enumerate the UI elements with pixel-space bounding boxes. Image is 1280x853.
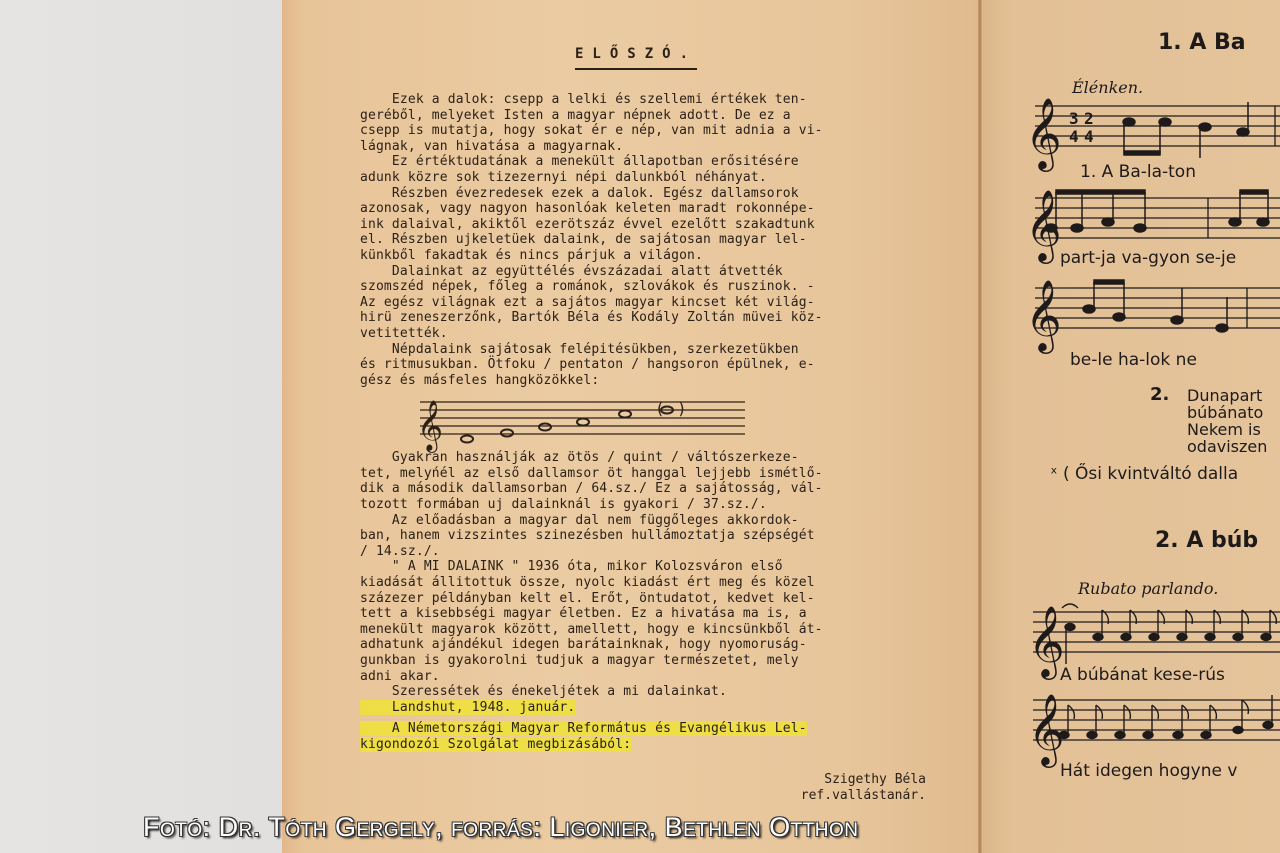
text-line: azonosak, vagy nagyon hasonlóak keleten … — [360, 201, 930, 217]
text-line: ink dalaival, akiktől ezerötszáz évvel e… — [360, 217, 930, 233]
text-line: tet, melyńél az első dallamsor öt hangga… — [360, 466, 930, 482]
background-surface — [0, 0, 282, 853]
song-1-lyric-line-1: 1. A Ba-la-ton — [1080, 162, 1196, 182]
text-line: adunk közre sok tizezernyi népi dalunkbó… — [360, 170, 930, 186]
svg-text:4: 4 — [1069, 127, 1079, 146]
svg-text:𝄞: 𝄞 — [1025, 96, 1062, 172]
text-line: szomszéd népek, főleg a románok, szlovák… — [360, 279, 930, 295]
text-line: tett a kisebbségi magyar életben. Ez a h… — [360, 606, 930, 622]
text-line: Dalainkat az együttélés évszázadai alatt… — [360, 264, 930, 280]
text-line: adni akar. — [360, 669, 930, 685]
svg-text:2: 2 — [1084, 109, 1094, 128]
text-line: vetitették. — [360, 326, 930, 342]
page-title: ELŐSZÓ. — [575, 46, 697, 70]
song-1-lyric-line-3: be-le ha-lok ne — [1070, 350, 1197, 370]
signature: Szigethy Béla ref.vallástanár. — [770, 772, 926, 804]
svg-text:): ) — [677, 399, 687, 418]
highlight: kigondozói Szolgálat megbizásából: — [360, 737, 631, 752]
song-2-title: 2. A búb — [1155, 528, 1258, 553]
text-line: menekült magyarok között, amellett, hogy… — [360, 622, 930, 638]
song-1-notation-icon: 𝄞 𝄞 𝄞 3 4 2 4 — [1025, 92, 1280, 392]
svg-text:3: 3 — [1069, 109, 1079, 128]
text-line: tozott formában uj dalainknál is gyakori… — [360, 497, 930, 513]
svg-text:𝄞: 𝄞 — [1025, 278, 1062, 354]
highlight: Landshut, 1948. január. — [360, 700, 575, 715]
text-line: hirü zeneszerzőnk, Bartók Béla és Kodály… — [360, 310, 930, 326]
text-line: geréből, melyeket Isten a magyar népnek … — [360, 108, 930, 124]
text-line: Az előadásban a magyar dal nem függőlege… — [360, 513, 930, 529]
commission-line: kigondozói Szolgálat megbizásából: — [360, 737, 930, 753]
text-line: és ritmusukban. Ötfoku / pentaton / hang… — [360, 357, 930, 373]
text-line: " A MI DALAINK " 1936 óta, mikor Kolozsv… — [360, 559, 930, 575]
song-2-lyric-line-1: A búbánat kese-rús — [1060, 665, 1225, 685]
photo-credit-watermark: Fotó: Dr. Tóth Gergely, forrás: Ligonier… — [143, 812, 1243, 843]
text-line: / 14.sz./. — [360, 544, 930, 560]
song-2-lyric-line-2: Hát idegen hogyne v — [1060, 761, 1237, 781]
text-line: gész és másfeles hangközökkel: — [360, 373, 930, 389]
footnote: ˣ ( Ősi kvintváltó dalla — [1050, 464, 1238, 484]
text-line: kiadását állitottuk össze, nyolc kiadást… — [360, 575, 930, 591]
text-line: gunkban is gyakorolni tudjuk a magyar te… — [360, 653, 930, 669]
text-line: lágnak, van hivatása a magyarnak. — [360, 139, 930, 155]
commission-line: A Németországi Magyar Református és Evan… — [360, 721, 930, 737]
text-line: Népdalaink sajátosak felépitésükben, sze… — [360, 342, 930, 358]
music-staff-icon: 𝄞 ( ) — [415, 392, 750, 450]
text-line: Gyakran használják az ötös / quint / vál… — [360, 450, 930, 466]
svg-text:𝄞: 𝄞 — [417, 400, 443, 453]
highlight: A Németországi Magyar Református és Evan… — [360, 721, 807, 736]
text-line: csepp is mutatja, hogy sokat ér e nép, v… — [360, 123, 930, 139]
place-date: Landshut, 1948. január. — [360, 700, 930, 716]
verse-2-number: 2. — [1150, 384, 1169, 405]
text-line: Részben évezredesek ezek a dalok. Egész … — [360, 186, 930, 202]
verse-2-text: Dunapart búbánato Nekem is odaviszen — [1187, 387, 1267, 455]
song-1-lyric-line-2: part-ja va-gyon se-je — [1060, 248, 1236, 268]
closing-line: Szeressétek és énekeljétek a mi dalainka… — [360, 684, 930, 700]
text-line: százezer példányban kelt el. Erőt, öntud… — [360, 591, 930, 607]
song-1-title: 1. A Ba — [1158, 30, 1246, 55]
text-line: ban, hanem vizszintes szinezésben hullám… — [360, 528, 930, 544]
text-line: el. Részben ujkeletüek dalaink, de saját… — [360, 232, 930, 248]
text-line: dik a második dallamsorban / 64.sz./ Ez … — [360, 481, 930, 497]
text-line: adhatunk ajándékul idegen barátainknak, … — [360, 637, 930, 653]
signature-title: ref.vallástanár. — [770, 788, 926, 804]
pentatonic-scale-staff: 𝄞 ( ) — [415, 392, 750, 450]
svg-text:(: ( — [655, 399, 665, 418]
text-line: künkből fakadtak és nincs párjuk a világ… — [360, 248, 930, 264]
text-line: Az egész világnak ezt a sajátos magyar k… — [360, 295, 930, 311]
song-2-tempo: Rubato parlando. — [1078, 579, 1218, 598]
signature-name: Szigethy Béla — [770, 772, 926, 788]
svg-text:𝄞: 𝄞 — [1028, 692, 1065, 768]
text-line: Ez értéktudatának a menekült állapotban … — [360, 154, 930, 170]
text-line: Ezek a dalok: csepp a lelki és szellemi … — [360, 92, 930, 108]
svg-text:4: 4 — [1084, 127, 1094, 146]
